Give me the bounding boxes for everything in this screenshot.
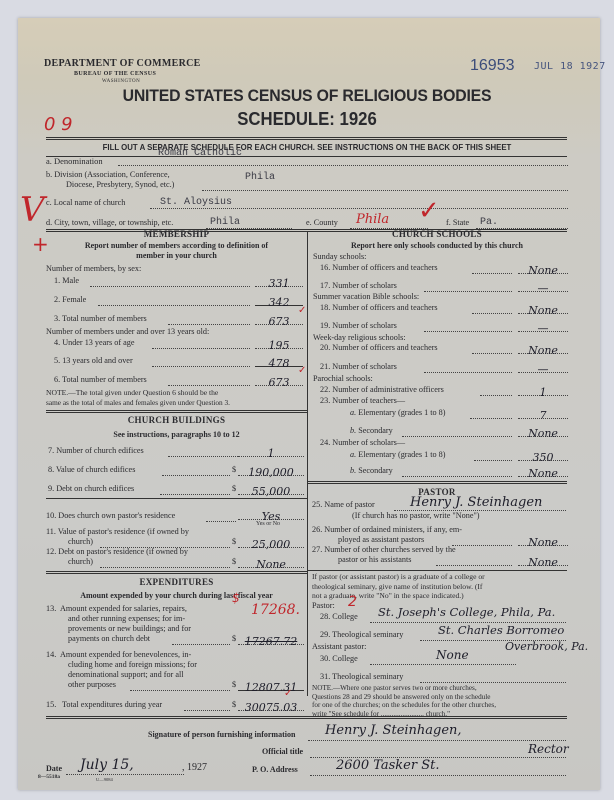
residence-value-value: 25,000 [252, 538, 291, 551]
church-schools-title: CHURCH SCHOOLS [307, 229, 567, 239]
state-value[interactable]: Pa. [480, 217, 498, 228]
item-number: 12. [46, 547, 56, 556]
sunday-schools-label: Sunday schools: [313, 252, 366, 261]
leader-dots [168, 455, 248, 457]
note-line: Questions 28 and 29 should be answered o… [312, 693, 566, 702]
item-number: 6. [54, 375, 60, 384]
asst-college-value[interactable]: None [436, 648, 469, 662]
item-label: Value of pastor's residence (if owned by [58, 527, 189, 536]
item-number: 11. [46, 527, 56, 536]
county-label: e. County [306, 218, 338, 227]
item-label: provements or new buildings; and for [68, 624, 191, 633]
column-divider [307, 231, 308, 696]
item-label: Number of officers and teachers [332, 263, 437, 272]
bureau-label: BUREAU OF THE CENSUS [74, 71, 156, 77]
teachers-elementary-value: 7 [540, 409, 547, 422]
item-label: Elementary (grades 1 to 8) [358, 450, 445, 459]
summer-officers-field[interactable]: None [518, 301, 568, 314]
leader-dots [100, 566, 230, 568]
date-value[interactable]: July 15, [80, 757, 134, 773]
note-line: theological seminary, give name of insti… [312, 582, 566, 592]
edifices-debt-value: 55,000 [252, 485, 291, 498]
weekday-scholars-value: — [538, 363, 549, 376]
sunday-officers-value: None [528, 264, 558, 277]
item-label: cluding home and foreign missions; for [68, 660, 197, 669]
item-label: Number of scholars [332, 362, 397, 371]
item-label: Name of pastor [324, 500, 374, 509]
note-line: same as the total of males and females g… [46, 398, 304, 408]
item-number: 25. [312, 500, 322, 509]
item-number: 28. [320, 612, 330, 621]
dollar-sign: $ [232, 537, 236, 546]
asst-college-line [370, 663, 516, 665]
scholars-elementary-value: 350 [533, 451, 554, 464]
item-label: Female [62, 295, 86, 304]
leader-dots [172, 643, 230, 645]
leader-dots [184, 709, 230, 711]
leader-dots [480, 394, 512, 396]
item-label: Does church own pastor's residence [58, 511, 175, 520]
red-checkmark: ✓ [298, 365, 306, 376]
assistant-pastor-label: Assistant pastor: [312, 642, 366, 651]
item-number: 13. [46, 604, 56, 613]
divider [307, 481, 567, 484]
scholars-heading: 24. Number of scholars— [320, 438, 405, 447]
denomination-value[interactable]: Roman Catholic [158, 148, 242, 159]
other-churches-value: None [528, 556, 558, 569]
edifices-debt-field[interactable]: 55,000 [238, 482, 304, 495]
dollar-sign: $ [232, 634, 236, 643]
teachers-elementary-field[interactable]: 7 [518, 406, 568, 419]
over-13-value: 478 [269, 357, 290, 370]
item-label-2: ployed as assistant pastors [338, 535, 424, 544]
division-label-2: Diocese, Presbytery, Synod, etc.) [66, 180, 174, 189]
item-number: 23. [320, 396, 330, 405]
received-stamp-number: 16953 [470, 57, 515, 75]
admin-officers-value: 1 [540, 386, 547, 399]
sunday-officers-field[interactable]: None [518, 261, 568, 274]
red-annotation-09: 0 9 [44, 114, 73, 135]
red-annotation-2: 2 [348, 594, 357, 610]
running-expenses-correction: 17268. [251, 602, 300, 618]
document-title: UNITED STATES CENSUS OF RELIGIOUS BODIES [21, 86, 592, 106]
item-label-2: church) [68, 557, 93, 566]
item-label: Number of scholars [332, 281, 397, 290]
item-label: Theological seminary [332, 630, 403, 639]
denomination-field: a. Denomination [46, 156, 103, 166]
edifices-value-field[interactable]: 190,000 [238, 463, 304, 476]
dollar-sign: $ [232, 465, 236, 474]
item-label: Number of ordained ministers, if any, em… [324, 525, 462, 534]
item-number: 27. [312, 545, 322, 554]
leader-dots [424, 330, 512, 332]
residence-debt-value: None [256, 558, 286, 571]
item-number: 16. [320, 263, 330, 272]
item-label: Theological seminary [332, 672, 403, 681]
assistant-pastors-field[interactable]: None [518, 533, 568, 546]
membership-subtitle: Report number of members according to de… [46, 241, 307, 250]
leader-dots [402, 435, 512, 437]
red-checkmark: ✓ [418, 196, 440, 226]
yes-no-hint: Yes or No [256, 521, 280, 527]
local-name-value[interactable]: St. Aloysius [160, 197, 232, 208]
item-number: 4. [54, 338, 60, 347]
official-title-label: Official title [262, 747, 303, 756]
item-number: 21. [320, 362, 330, 371]
signature-line [308, 739, 566, 741]
item-number: 3. [54, 314, 60, 323]
pastor-name-value[interactable]: Henry J. Steinhagen [410, 495, 542, 510]
summer-schools-label: Summer vacation Bible schools: [313, 292, 419, 301]
item-label: Debt on church edifices [56, 484, 134, 493]
total-expenditures-value: 30075.03 [245, 701, 298, 714]
under-13-field[interactable]: 195 [255, 336, 303, 349]
item-label: Number of scholars [332, 321, 397, 330]
item-number: 24. [320, 438, 330, 447]
scholars-secondary-value: None [528, 467, 558, 480]
item-number: 14. [46, 650, 56, 659]
leader-dots [472, 272, 512, 274]
leader-dots [168, 323, 250, 325]
total-members-value: 673 [269, 315, 290, 328]
item-label: Number of administrative officers [332, 385, 443, 394]
divider [46, 498, 307, 499]
leader-dots [162, 474, 230, 476]
department-label: DEPARTMENT OF COMMERCE [44, 58, 201, 69]
divider [307, 570, 567, 571]
item-label: Number of teachers— [332, 396, 405, 405]
scholars-elementary-field[interactable]: 350 [518, 448, 568, 461]
note-line: NOTE.—Where one pastor serves two or mor… [312, 684, 566, 693]
summer-officers-value: None [528, 304, 558, 317]
total-expenditures-field[interactable]: 30075.03 [238, 698, 304, 711]
leader-dots [452, 544, 512, 546]
leader-dots [424, 371, 512, 373]
total-members-age-field[interactable]: 673 [255, 373, 303, 386]
date-line [66, 773, 184, 775]
item-letter: b. [350, 466, 356, 475]
leader-dots [424, 290, 512, 292]
item-label: 13 years old and over [62, 356, 132, 365]
item-label: Number of officers and teachers [332, 343, 437, 352]
print-code: U—9084 [96, 777, 113, 782]
item-number: 2. [54, 295, 60, 304]
item-label-2: church) [68, 537, 93, 546]
edifices-value-value: 190,000 [248, 466, 294, 479]
item-label-2: pastor or his assistants [338, 555, 411, 564]
teachers-heading: 23. Number of teachers— [320, 396, 405, 405]
signature-label: Signature of person furnishing informati… [148, 730, 295, 739]
item-label: College [332, 612, 357, 621]
dollar-sign: $ [232, 484, 236, 493]
red-v-mark: V [20, 190, 45, 230]
item-label: denominational support; and for all [68, 670, 184, 679]
owns-residence-field[interactable]: Yes [238, 507, 304, 520]
item-number: 9. [48, 484, 54, 493]
asst-seminary-line [420, 681, 566, 683]
summer-scholars-field[interactable]: — [518, 319, 568, 332]
leader-dots [472, 312, 512, 314]
item-label: Amount expended for salaries, repairs, [60, 604, 187, 613]
divider [46, 716, 567, 719]
teachers-secondary-field[interactable]: None [518, 424, 568, 437]
item-number: 5. [54, 356, 60, 365]
denomination-line [118, 164, 568, 166]
location-label: WASHINGTON [102, 79, 140, 84]
church-schools-subtitle: Report here only schools conducted by th… [307, 241, 567, 250]
leader-dots [436, 564, 512, 566]
expenditures-title: EXPENDITURES [46, 577, 307, 587]
membership-title: MEMBERSHIP [46, 229, 307, 239]
divider [46, 156, 567, 157]
denomination-label: a. Denomination [46, 156, 103, 166]
dollar-sign: $ [232, 680, 236, 689]
benevolences-field[interactable]: 12807.31 [238, 678, 304, 691]
leader-dots [470, 417, 512, 419]
local-name-label: c. Local name of church [46, 198, 125, 207]
leader-dots [152, 365, 250, 367]
division-value[interactable]: Phila [245, 172, 275, 183]
seminary-value[interactable]: St. Charles Borromeo [438, 623, 564, 637]
membership-subtitle-2: member in your church [46, 251, 307, 260]
residence-debt-field[interactable]: None [238, 555, 304, 568]
item-number: 8. [48, 465, 54, 474]
college-value[interactable]: St. Joseph's College, Phila, Pa. [378, 605, 555, 619]
po-address-line [310, 774, 566, 776]
female-count-value: 342 [269, 296, 290, 309]
item-label: Amount expended for benevolences, in- [60, 650, 191, 659]
leader-dots [168, 384, 250, 386]
leader-dots [130, 689, 230, 691]
pastor-note: NOTE.—Where one pastor serves two or mor… [312, 684, 566, 718]
note-line: NOTE.—The total given under Question 6 s… [46, 388, 304, 398]
item-number: 20. [320, 343, 330, 352]
sunday-scholars-field[interactable]: — [518, 279, 568, 292]
item-label: Total number of members [62, 314, 147, 323]
document-subtitle: SCHEDULE: 1926 [21, 109, 592, 130]
parochial-schools-label: Parochial schools: [313, 374, 373, 383]
official-title-value[interactable]: Rector [528, 742, 569, 756]
male-count-value: 331 [269, 277, 290, 290]
leader-dots [152, 347, 250, 349]
item-label: Value of church edifices [56, 465, 135, 474]
item-number: 22. [320, 385, 330, 394]
note-line: for one of the churches; on the schedule… [312, 701, 566, 710]
teachers-secondary-value: None [528, 427, 558, 440]
weekday-scholars-field[interactable]: — [518, 360, 568, 373]
note-line: If pastor (or assistant pastor) is a gra… [312, 572, 566, 582]
item-letter: b. [350, 426, 356, 435]
by-sex-label: Number of members, by sex: [46, 264, 141, 273]
item-number: 1. [54, 276, 60, 285]
county-value[interactable]: Phila [356, 212, 389, 227]
weekday-officers-field[interactable]: None [518, 341, 568, 354]
dollar-sign: $ [232, 557, 236, 566]
dollar-sign: $ [232, 700, 236, 709]
assistant-pastors-value: None [528, 536, 558, 549]
state-label: f. State [446, 218, 469, 227]
edifices-count-value: 1 [268, 447, 275, 460]
membership-note: NOTE.—The total given under Question 6 s… [46, 388, 304, 407]
pastor-label: Pastor: [312, 601, 335, 610]
item-label: Number of officers and teachers [332, 303, 437, 312]
red-checkmark: ✓ [284, 688, 292, 699]
item-number: 29. [320, 630, 330, 639]
admin-officers-field[interactable]: 1 [518, 383, 568, 396]
item-label: Secondary [358, 466, 393, 475]
item-number: 7. [48, 446, 54, 455]
item-label: Number of other churches served by the [324, 545, 455, 554]
other-churches-field[interactable]: None [518, 553, 568, 566]
item-label: Number of scholars— [332, 438, 405, 447]
item-label: Total expenditures during year [62, 700, 162, 709]
running-expenses-field[interactable]: 17267.72 [238, 632, 304, 645]
item-number: 31. [320, 672, 330, 681]
church-buildings-title: CHURCH BUILDINGS [46, 415, 307, 425]
date-label: Date [46, 764, 62, 773]
divider [46, 137, 567, 140]
summer-scholars-value: — [538, 322, 549, 335]
under-13-value: 195 [269, 339, 290, 352]
item-label: Under 13 years of age [62, 338, 134, 347]
form-code: 8—5518a [38, 774, 60, 780]
leader-dots [206, 520, 236, 522]
signature-value[interactable]: Henry J. Steinhagen, [325, 723, 462, 738]
item-label: other purposes [68, 680, 116, 689]
divider [46, 571, 307, 574]
division-line [202, 189, 568, 191]
running-expenses-value: 17267.72 [245, 635, 298, 648]
sunday-scholars-value: — [538, 282, 549, 295]
item-number: 17. [320, 281, 330, 290]
seminary-location[interactable]: Overbrook, Pa. [505, 640, 588, 653]
total-members-field[interactable]: 673 [255, 312, 303, 325]
item-label: Total number of members [62, 375, 147, 384]
scholars-secondary-field[interactable]: None [518, 464, 568, 477]
po-address-value[interactable]: 2600 Tasker St. [336, 758, 439, 773]
by-age-label: Number of members under and over 13 year… [46, 327, 209, 336]
leader-dots [472, 352, 512, 354]
instruction-banner: FILL OUT A SEPARATE SCHEDULE FOR EACH CH… [25, 142, 590, 152]
item-label: College [332, 654, 357, 663]
item-label: Debt on pastor's residence (if owned by [58, 547, 188, 556]
item-number: 30. [320, 654, 330, 663]
leader-dots [90, 285, 250, 287]
pastor-name-hint: (If church has no pastor, write "None") [352, 511, 480, 520]
item-number: 18. [320, 303, 330, 312]
item-number: 19. [320, 321, 330, 330]
red-dollar-mark: $ [232, 591, 240, 605]
item-label: and other running expenses; for im- [68, 614, 185, 623]
item-label: Secondary [358, 426, 393, 435]
red-checkmark: ✓ [298, 305, 306, 316]
male-count-field[interactable]: 331 [255, 274, 303, 287]
leader-dots [160, 493, 230, 495]
po-address-label: P. O. Address [252, 765, 298, 774]
city-label: d. City, town, village, or township, etc… [46, 218, 173, 227]
item-label: Elementary (grades 1 to 8) [358, 408, 445, 417]
residence-value-field[interactable]: 25,000 [238, 535, 304, 548]
over-13-field[interactable]: 478 [255, 354, 303, 367]
divider [46, 410, 307, 413]
item-label: Male [62, 276, 79, 285]
item-label: Number of church edifices [56, 446, 144, 455]
item-letter: a. [350, 408, 356, 417]
weekday-officers-value: None [528, 344, 558, 357]
item-number: 10. [46, 511, 56, 520]
date-year: , 1927 [182, 762, 207, 773]
leader-dots [402, 475, 512, 477]
leader-dots [98, 304, 250, 306]
church-buildings-subtitle: See instructions, paragraphs 10 to 12 [46, 430, 307, 439]
item-label: payments on church debt [68, 634, 150, 643]
edifices-count-field[interactable]: 1 [238, 444, 304, 457]
item-letter: a. [350, 450, 356, 459]
female-count-field[interactable]: 342 [255, 293, 303, 306]
weekday-schools-label: Week-day religious schools: [313, 333, 406, 342]
city-value[interactable]: Phila [210, 217, 240, 228]
received-stamp-date: JUL 18 1927 [534, 61, 606, 72]
division-label: b. Division (Association, Conference, [46, 170, 170, 179]
expenditures-subtitle: Amount expended by your church during la… [46, 591, 307, 600]
leader-dots [474, 459, 512, 461]
item-number: 26. [312, 525, 322, 534]
item-number: 15. [46, 700, 56, 709]
